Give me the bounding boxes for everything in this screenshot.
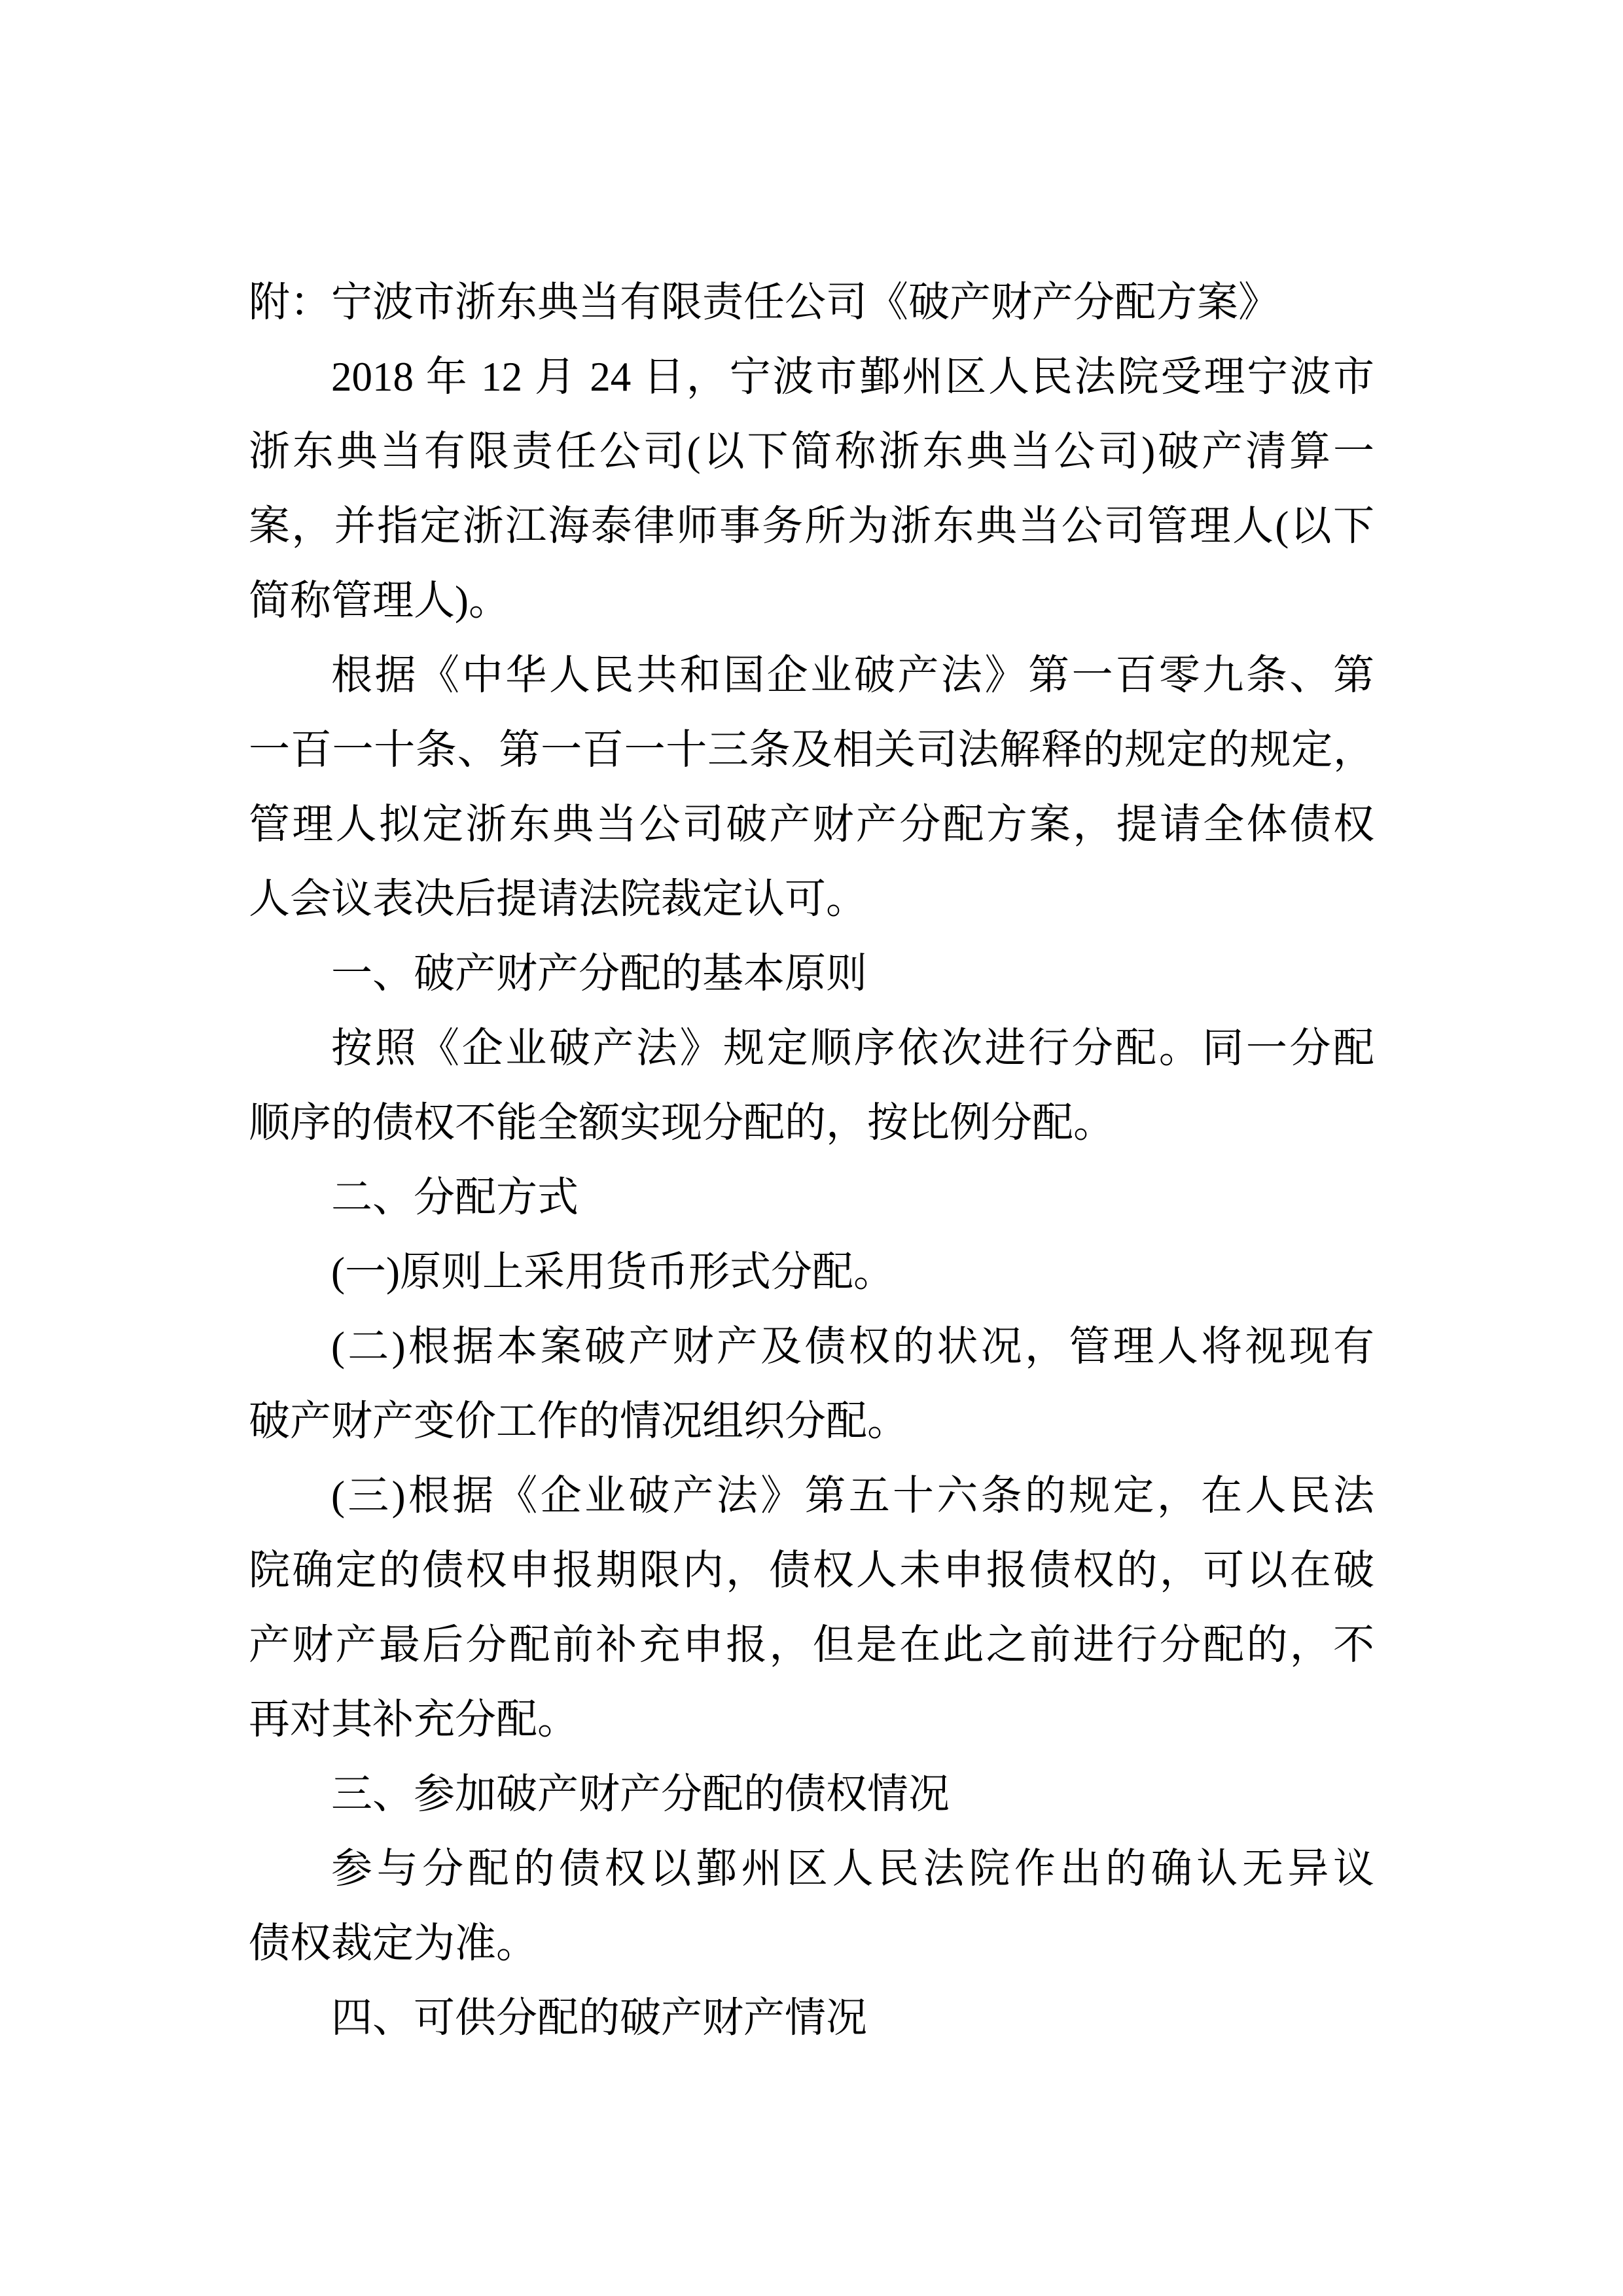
text-line: 产财产最后分配前补充申报，但是在此之前进行分配的，不 bbox=[249, 1608, 1374, 1682]
text-line: 顺序的债权不能全额实现分配的，按比例分配。 bbox=[249, 1086, 1374, 1160]
text-line: 破产财产变价工作的情况组织分配。 bbox=[249, 1384, 1374, 1458]
text-line: 管理人拟定浙东典当公司破产财产分配方案，提请全体债权 bbox=[249, 787, 1374, 862]
doc-title-line: 附：宁波市浙东典当有限责任公司《破产财产分配方案》 bbox=[249, 265, 1374, 340]
text-line: (三)根据《企业破产法》第五十六条的规定，在人民法 bbox=[249, 1458, 1374, 1533]
section-heading: 二、分配方式 bbox=[249, 1160, 1374, 1235]
text-line: 根据《中华人民共和国企业破产法》第一百零九条、第 bbox=[249, 638, 1374, 713]
text-line: 再对其补充分配。 bbox=[249, 1682, 1374, 1757]
text-line: 案，并指定浙江海泰律师事务所为浙东典当公司管理人(以下 bbox=[249, 489, 1374, 563]
section-heading: 三、参加破产财产分配的债权情况 bbox=[249, 1757, 1374, 1831]
section-heading: 一、破产财产分配的基本原则 bbox=[249, 936, 1374, 1011]
section-heading: 四、可供分配的破产财产情况 bbox=[249, 1981, 1374, 2055]
text-line: (二)根据本案破产财产及债权的状况，管理人将视现有 bbox=[249, 1309, 1374, 1384]
text-line: 简称管理人)。 bbox=[249, 563, 1374, 638]
text-line: 2018 年 12 月 24 日，宁波市鄞州区人民法院受理宁波市 bbox=[249, 340, 1374, 414]
text-line: 浙东典当有限责任公司(以下简称浙东典当公司)破产清算一 bbox=[249, 414, 1374, 489]
text-line: 院确定的债权申报期限内，债权人未申报债权的，可以在破 bbox=[249, 1533, 1374, 1608]
text-line: 按照《企业破产法》规定顺序依次进行分配。同一分配 bbox=[249, 1011, 1374, 1086]
text-line: 一百一十条、第一百一十三条及相关司法解释的规定的规定， bbox=[249, 713, 1374, 787]
text-line: 参与分配的债权以鄞州区人民法院作出的确认无异议 bbox=[249, 1831, 1374, 1906]
document-page: 附：宁波市浙东典当有限责任公司《破产财产分配方案》 2018 年 12 月 24… bbox=[0, 0, 1623, 2296]
text-line: 债权裁定为准。 bbox=[249, 1906, 1374, 1981]
text-line: (一)原则上采用货币形式分配。 bbox=[249, 1235, 1374, 1309]
document-text-block: 附：宁波市浙东典当有限责任公司《破产财产分配方案》 2018 年 12 月 24… bbox=[249, 265, 1374, 2055]
text-line: 人会议表决后提请法院裁定认可。 bbox=[249, 862, 1374, 936]
